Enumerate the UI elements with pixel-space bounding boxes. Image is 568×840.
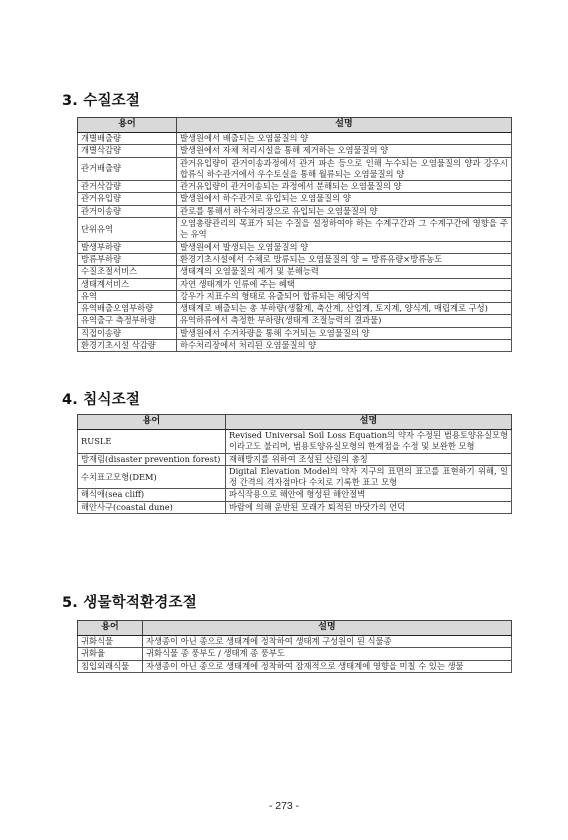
table-row: 수치표고모형(DEM)Digital Elevation Model의 약자 지… [78,465,512,489]
term-cell: 유역출구 측정부하량 [78,315,177,327]
term-cell: 발생부하량 [78,241,177,253]
term-cell: 유역배출오염부하량 [78,303,177,315]
description-cell: 파식작용으로 해안에 형성된 해안절벽 [226,489,512,501]
table-row: 방류부하량환경기초시설에서 수체로 방류되는 오염물질의 양 = 방류유량×방류… [78,253,512,265]
description-cell: 강우가 지표수의 형태로 유출되어 합류되는 해당지역 [177,290,512,302]
table-header-row: 용어 설명 [78,415,512,430]
biological-control-terms-table: 용어 설명 귀화식물자생종이 아닌 종으로 생태계에 정착하여 생태계 구성원이… [77,620,512,673]
description-cell: 관거유입량이 관거이송과정에서 관거 파손 등으로 인해 누수되는 오염물질의 … [177,157,512,181]
erosion-control-terms-table: 용어 설명 RUSLERevised Universal Soil Loss E… [77,414,512,514]
table-row: 유역강우가 지표수의 형태로 유출되어 합류되는 해당지역 [78,290,512,302]
description-cell: 귀화식물 종 풍부도 / 생태계 종 풍부도 [143,648,512,660]
description-cell: 자생종이 아닌 종으로 생태계에 정착하여 잠재적으로 생태계에 영향을 미칠 … [143,660,512,672]
table-header-row: 용어 설명 [78,118,512,133]
term-cell: 환경기초시설 삭감량 [78,340,177,352]
term-cell: 유역 [78,290,177,302]
column-header-description: 설명 [177,118,512,133]
table-row: 관거삭감량관거유입량이 관거이송되는 과정에서 분해되는 오염물질의 양 [78,181,512,193]
term-cell: 해식애(sea cliff) [78,489,226,501]
table-row: 해안사구(coastal dune)바람에 의해 운반된 모래가 퇴적된 바닷가… [78,501,512,513]
description-cell: 바람에 의해 운반된 모래가 퇴적된 바닷가의 언덕 [226,501,512,513]
term-cell: 개별배출량 [78,133,177,145]
table-row: 유역배출오염부하량생태계로 배출되는 총 부하량(생활계, 축산계, 산업계, … [78,303,512,315]
column-header-term: 용어 [78,621,143,636]
table-row: 단위유역오염총량관리의 목표가 되는 수질을 설정하여야 하는 수계구간과 그 … [78,218,512,242]
term-cell: 방류부하량 [78,253,177,265]
table-row: 생태계서비스자연 생태계가 인류에 주는 혜택 [78,278,512,290]
table-row: 발생부하량발생원에서 발생되는 오염물질의 양 [78,241,512,253]
term-cell: 관거유입량 [78,193,177,205]
term-cell: 해안사구(coastal dune) [78,501,226,513]
description-cell: Revised Universal Soil Loss Equation의 약자… [226,430,512,454]
description-cell: 재해방지를 위하여 조성된 산림의 총칭 [226,453,512,465]
table-row: 개별배출량발생원에서 배출되는 오염물질의 양 [78,133,512,145]
description-cell: 생태계의 오염물질의 제거 및 분해능력 [177,266,512,278]
description-cell: 발생원에서 자체 처리시설을 통해 제거하는 오염물질의 양 [177,145,512,157]
table-row: 직접이송량발생원에서 수거차량을 통해 수거되는 오염물질의 양 [78,327,512,339]
term-cell: 직접이송량 [78,327,177,339]
term-cell: 관거이송량 [78,205,177,217]
term-cell: 수치표고모형(DEM) [78,465,226,489]
table-header-row: 용어 설명 [78,621,512,636]
term-cell: 수질조절서비스 [78,266,177,278]
description-cell: 자연 생태계가 인류에 주는 혜택 [177,278,512,290]
column-header-description: 설명 [226,415,512,430]
description-cell: 발생원에서 수거차량을 통해 수거되는 오염물질의 양 [177,327,512,339]
description-cell: 오염총량관리의 목표가 되는 수질을 설정하여야 하는 수계구간과 그 수계구간… [177,218,512,242]
description-cell: 환경기초시설에서 수체로 방류되는 오염물질의 양 = 방류유량×방류농도 [177,253,512,265]
term-cell: 단위유역 [78,218,177,242]
table-row: 관거유입량발생원에서 하수관거로 유입되는 오염물질의 양 [78,193,512,205]
description-cell: 발생원에서 발생되는 오염물질의 양 [177,241,512,253]
column-header-term: 용어 [78,415,226,430]
table-row: 수질조절서비스생태계의 오염물질의 제거 및 분해능력 [78,266,512,278]
description-cell: 생태계로 배출되는 총 부하량(생활계, 축산계, 산업계, 토지계, 양식계,… [177,303,512,315]
section-title-biological-control: 5. 생물학적환경조절 [62,591,197,612]
table-row: 개별삭감량발생원에서 자체 처리시설을 통해 제거하는 오염물질의 양 [78,145,512,157]
section-title-erosion-control: 4. 침식조절 [62,388,140,409]
table-row: 유역출구 측정부하량유역하류에서 측정한 부하량(생태계 조절능력의 결과물) [78,315,512,327]
table-row: 해식애(sea cliff)파식작용으로 해안에 형성된 해안절벽 [78,489,512,501]
description-cell: 하수처리장에서 처리된 오염물질의 양 [177,340,512,352]
description-cell: 발생원에서 하수관거로 유입되는 오염물질의 양 [177,193,512,205]
term-cell: RUSLE [78,430,226,454]
table-row: 관거배출량관거유입량이 관거이송과정에서 관거 파손 등으로 인해 누수되는 오… [78,157,512,181]
column-header-description: 설명 [143,621,512,636]
term-cell: 관거삭감량 [78,181,177,193]
term-cell: 방재림(disaster prevention forest) [78,453,226,465]
table-row: 방재림(disaster prevention forest)재해방지를 위하여… [78,453,512,465]
table-row: 귀화식물자생종이 아닌 종으로 생태계에 정착하여 생태계 구성원이 된 식물종 [78,636,512,648]
term-cell: 개별삭감량 [78,145,177,157]
term-cell: 관거배출량 [78,157,177,181]
column-header-term: 용어 [78,118,177,133]
term-cell: 생태계서비스 [78,278,177,290]
description-cell: 유역하류에서 측정한 부하량(생태계 조절능력의 결과물) [177,315,512,327]
table-row: RUSLERevised Universal Soil Loss Equatio… [78,430,512,454]
table-row: 환경기초시설 삭감량하수처리장에서 처리된 오염물질의 양 [78,340,512,352]
term-cell: 귀화식물 [78,636,143,648]
table-row: 침입외래식물자생종이 아닌 종으로 생태계에 정착하여 잠재적으로 생태계에 영… [78,660,512,672]
page-number: - 273 - [0,800,568,812]
table-row: 관거이송량관로를 통해서 하수처리장으로 유입되는 오염물질의 양 [78,205,512,217]
description-cell: 발생원에서 배출되는 오염물질의 양 [177,133,512,145]
description-cell: 자생종이 아닌 종으로 생태계에 정착하여 생태계 구성원이 된 식물종 [143,636,512,648]
table-row: 귀화율귀화식물 종 풍부도 / 생태계 종 풍부도 [78,648,512,660]
description-cell: 관거유입량이 관거이송되는 과정에서 분해되는 오염물질의 양 [177,181,512,193]
description-cell: 관로를 통해서 하수처리장으로 유입되는 오염물질의 양 [177,205,512,217]
description-cell: Digital Elevation Model의 약자 지구의 표면의 표고를 … [226,465,512,489]
section-title-water-quality: 3. 수질조절 [62,89,140,110]
water-quality-terms-table: 용어 설명 개별배출량발생원에서 배출되는 오염물질의 양개별삭감량발생원에서 … [77,117,512,352]
term-cell: 침입외래식물 [78,660,143,672]
term-cell: 귀화율 [78,648,143,660]
